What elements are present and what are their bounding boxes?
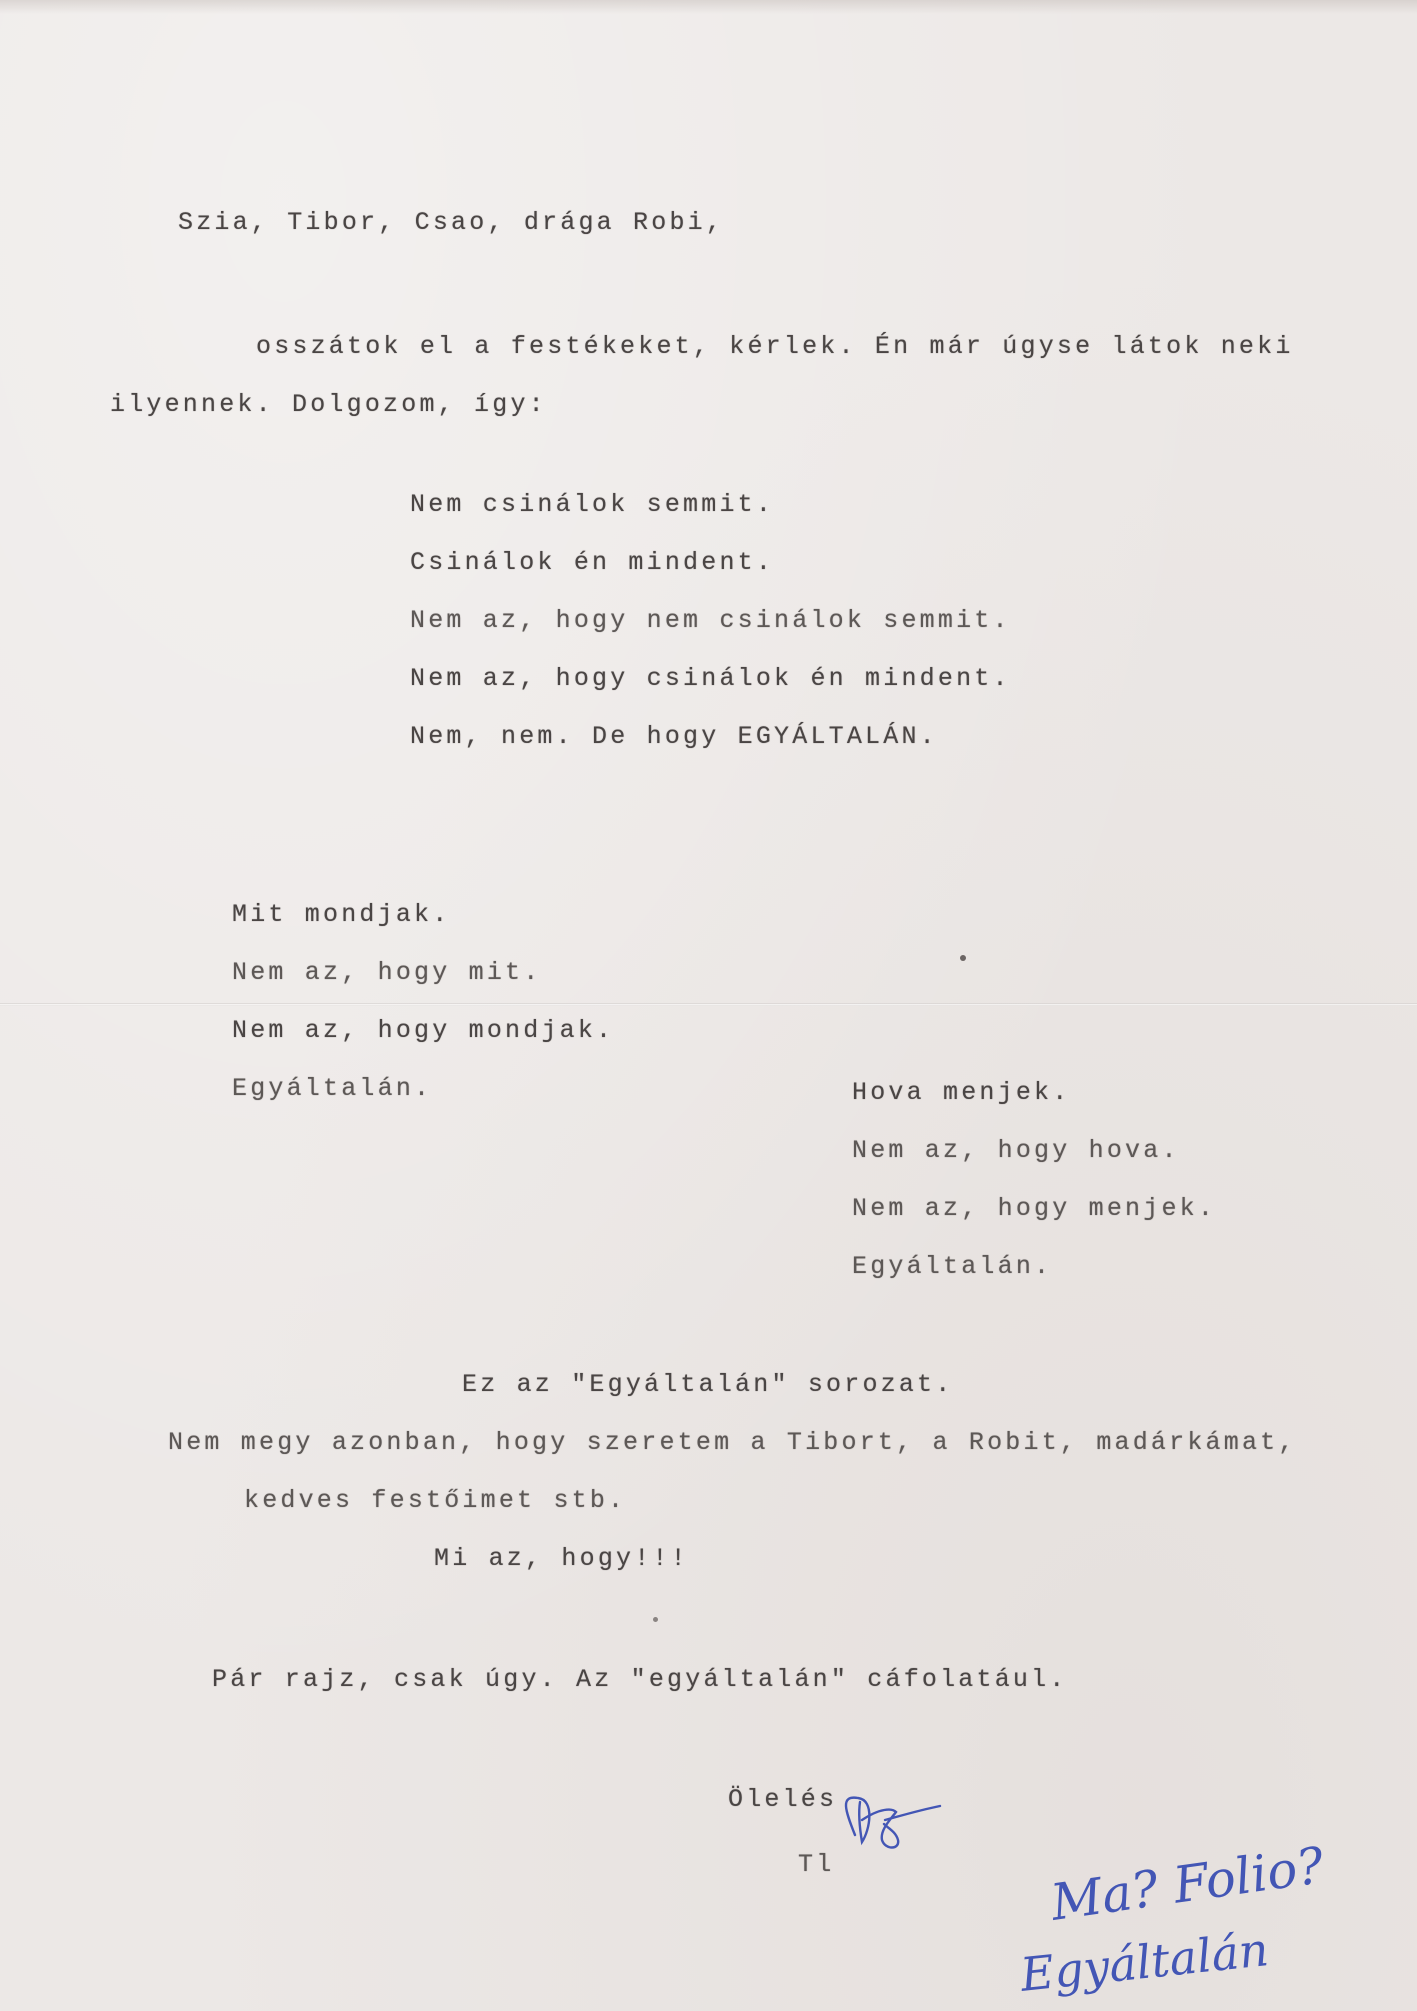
drawings-note: Pár rajz, csak úgy. Az "egyáltalán" cáfo… (212, 1665, 1068, 1694)
poem-line: Nem az, hogy nem csinálok semmit. (410, 606, 1011, 635)
poem-line: Egyáltalán. (852, 1252, 1052, 1281)
poem-line: Mit mondjak. (232, 900, 450, 929)
poem-line: Nem az, hogy hova. (852, 1136, 1180, 1165)
poem-line: Nem az, hogy mit. (232, 958, 541, 987)
intro-line: ilyennek. Dolgozom, így: (110, 390, 547, 419)
ink-speck (960, 955, 966, 961)
poem-line: Nem az, hogy menjek. (852, 1194, 1216, 1223)
poem-line: Nem, nem. De hogy EGYÁLTALÁN. (410, 722, 938, 751)
note-line: Ez az "Egyáltalán" sorozat. (462, 1370, 953, 1399)
salutation: Szia, Tibor, Csao, drága Robi, (178, 208, 724, 237)
poem-line: Nem csinálok semmit. (410, 490, 774, 519)
intro-line: osszátok el a festékeket, kérlek. Én már… (256, 332, 1294, 361)
poem-line: Csinálok én mindent. (410, 548, 774, 577)
poem-line: Nem az, hogy mondjak. (232, 1016, 614, 1045)
note-line: Mi az, hogy!!! (434, 1544, 689, 1573)
page-edge-shadow (0, 0, 1417, 14)
poem-line: Hova menjek. (852, 1078, 1070, 1107)
note-line: Nem megy azonban, hogy szeretem a Tibort… (168, 1428, 1297, 1457)
paper-fold-line (0, 1003, 1417, 1006)
signature-initials (800, 1790, 960, 1870)
poem-line: Egyáltalán. (232, 1074, 432, 1103)
ink-speck (653, 1617, 658, 1622)
note-line: kedves festőimet stb. (244, 1486, 626, 1515)
poem-line: Nem az, hogy csinálok én mindent. (410, 664, 1011, 693)
